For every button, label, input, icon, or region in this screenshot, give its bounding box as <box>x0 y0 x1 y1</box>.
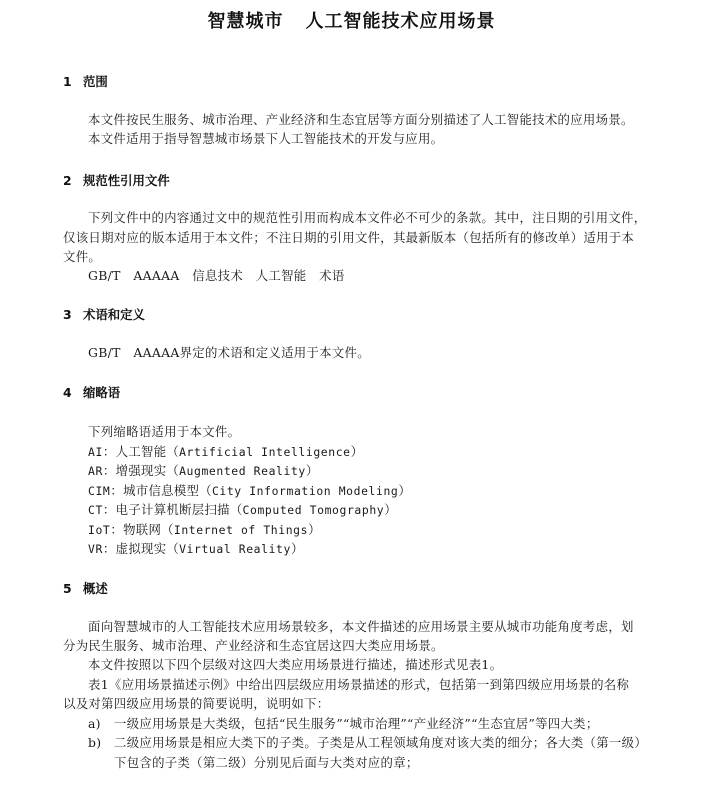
section-title: 范围 <box>83 74 108 89</box>
section-title: 术语和定义 <box>83 307 145 322</box>
abbreviation-item: CIM：城市信息模型（City Information Modeling） <box>88 483 411 499</box>
paragraph-line: 仅该日期对应的版本适用于本文件；不注日期的引用文件，其最新版本（包括所有的修改单… <box>63 230 634 246</box>
section-number: 4 <box>63 385 83 401</box>
list-marker: a) <box>88 716 114 732</box>
abbreviation-item: VR：虚拟现实（Virtual Reality） <box>88 541 304 557</box>
paragraph-line: 文件。 <box>63 249 101 265</box>
list-item-continuation: 下包含的子类（第二级）分别见后面与大类对应的章； <box>114 755 419 771</box>
abbr-code: AI <box>88 445 103 459</box>
paragraph-line: 面向智慧城市的人工智能技术应用场景较多，本文件描述的应用场景主要从城市功能角度考… <box>88 619 634 635</box>
section-number: 1 <box>63 74 83 90</box>
list-item-text: 一级应用场景是大类级，包括“民生服务”“城市治理”“产业经济”“生态宜居”等四大… <box>114 716 599 731</box>
abbreviation-item: CT：电子计算机断层扫描（Computed Tomography） <box>88 502 397 518</box>
abbreviation-item: AR：增强现实（Augmented Reality） <box>88 463 319 479</box>
paragraph-line: 表1《应用场景描述示例》中给出四层级应用场景描述的形式，包括第一到第四级应用场景… <box>88 677 629 693</box>
abbr-chinese: 物联网 <box>123 522 161 537</box>
abbr-chinese: 人工智能 <box>116 444 167 459</box>
abbr-code: VR <box>88 542 103 556</box>
section-number: 2 <box>63 173 83 189</box>
abbr-code: CT <box>88 503 103 517</box>
abbr-english: City Information Modeling <box>212 484 398 498</box>
list-item-text: 二级应用场景是相应大类下的子类。子类是从工程领域角度对该大类的细分；各大类（第一… <box>114 735 647 750</box>
abbreviation-item: IoT：物联网（Internet of Things） <box>88 522 321 538</box>
section-title: 概述 <box>83 581 108 596</box>
paragraph-line: 以及对第四级应用场景的简要说明，说明如下： <box>63 696 330 712</box>
paragraph-line: 本文件按民生服务、城市治理、产业经济和生态宜居等方面分别描述了人工智能技术的应用… <box>88 112 634 128</box>
abbr-english: Augmented Reality <box>179 464 306 478</box>
abbr-chinese: 虚拟现实 <box>116 541 167 556</box>
title-part-2: 人工智能技术应用场景 <box>306 11 496 32</box>
title-part-1: 智慧城市 <box>208 11 284 32</box>
abbr-chinese: 增强现实 <box>116 463 167 478</box>
section-title: 规范性引用文件 <box>83 173 170 188</box>
section-heading-terms: 3术语和定义 <box>63 307 145 323</box>
abbr-code: AR <box>88 464 103 478</box>
abbr-chinese: 电子计算机断层扫描 <box>116 502 230 517</box>
abbreviation-item: AI：人工智能（Artificial Intelligence） <box>88 444 363 460</box>
abbr-english: Artificial Intelligence <box>179 445 351 459</box>
section-heading-abbreviations: 4缩略语 <box>63 385 120 401</box>
section-heading-overview: 5概述 <box>63 581 108 597</box>
list-item-a: a)一级应用场景是大类级，包括“民生服务”“城市治理”“产业经济”“生态宜居”等… <box>88 716 599 732</box>
abbr-code: IoT <box>88 523 110 537</box>
abbr-code: CIM <box>88 484 110 498</box>
document-title: 智慧城市人工智能技术应用场景 <box>0 10 703 34</box>
abbr-chinese: 城市信息模型 <box>123 483 199 498</box>
abbr-english: Virtual Reality <box>179 542 291 556</box>
paragraph-line: 本文件适用于指导智慧城市场景下人工智能技术的开发与应用。 <box>88 131 443 147</box>
section-title: 缩略语 <box>83 385 120 400</box>
list-marker: b) <box>88 735 114 751</box>
abbr-english: Computed Tomography <box>243 503 385 517</box>
abbreviations-intro: 下列缩略语适用于本文件。 <box>88 424 240 440</box>
paragraph-line: 本文件按照以下四个层级对这四大类应用场景进行描述，描述形式见表1。 <box>88 657 502 673</box>
section-heading-normative-references: 2规范性引用文件 <box>63 173 170 189</box>
section-heading-scope: 1范围 <box>63 74 108 90</box>
list-item-b: b)二级应用场景是相应大类下的子类。子类是从工程领域角度对该大类的细分；各大类（… <box>88 735 647 751</box>
paragraph-line: 下列文件中的内容通过文中的规范性引用而构成本文件必不可少的条款。其中，注日期的引… <box>88 210 646 226</box>
section-number: 5 <box>63 581 83 597</box>
abbr-english: Internet of Things <box>174 523 308 537</box>
reference-item: GB/T AAAAA 信息技术 人工智能 术语 <box>88 268 345 284</box>
paragraph-line: 分为民生服务、城市治理、产业经济和生态宜居这四大类应用场景。 <box>63 638 444 654</box>
section-number: 3 <box>63 307 83 323</box>
paragraph-line: GB/T AAAAA界定的术语和定义适用于本文件。 <box>88 345 370 361</box>
